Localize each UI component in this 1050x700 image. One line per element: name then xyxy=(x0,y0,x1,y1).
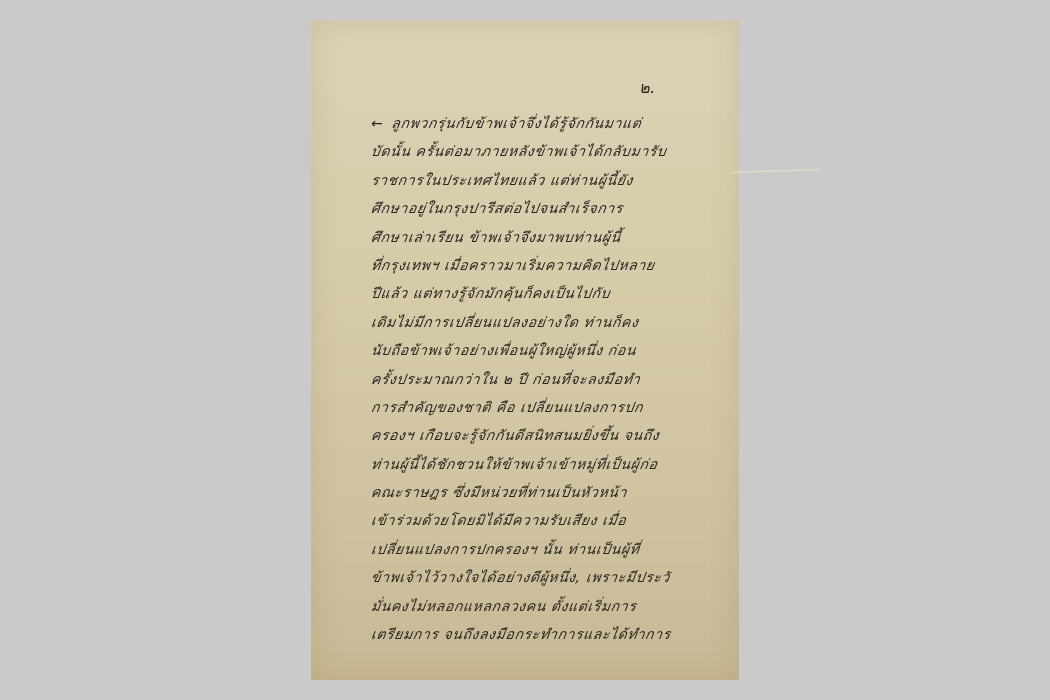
text-line-18: มั่นคงไม่หลอกแหลกลวงคน ตั้งแต่เริ่มการ xyxy=(369,593,673,621)
text-line-6: ที่กรุงเทพฯ เมื่อคราวมาเริ่มความคิดไปหลา… xyxy=(369,252,673,280)
text-line-17: ข้าพเจ้าไว้วางใจได้อย่างดีผู้หนึ่ง, เพรา… xyxy=(369,564,673,592)
text-line-11: การสำคัญของชาติ คือ เปลี่ยนแปลงการปก xyxy=(369,394,673,422)
text-line-10: ครั้งประมาณกว่าใน ๒ ปี ก่อนที่จะลงมือทำ xyxy=(369,366,673,394)
text-line-7: ปีแล้ว แต่ทางรู้จักมักคุ้นก็คงเป็นไปกับ xyxy=(369,280,673,308)
text-line-19: เตรียมการ จนถึงลงมือกระทำการและได้ทำการ xyxy=(369,621,673,649)
text-line-5: ศึกษาเล่าเรียน ข้าพเจ้าจึงมาพบท่านผู้นี้ xyxy=(369,224,673,252)
text-line-content: ลูกพวกรุ่นกับข้าพเจ้าจึ่งได้รู้จักกันมาแ… xyxy=(390,116,642,132)
text-line-1: ←ลูกพวกรุ่นกับข้าพเจ้าจึ่งได้รู้จักกันมา… xyxy=(369,110,673,138)
text-line-4: ศึกษาอยู่ในกรุงปารีสต่อไปจนสำเร็จการ xyxy=(369,195,673,223)
text-line-12: ครองฯ เกือบจะรู้จักกันดีสนิทสนมยิ่งขึ้น … xyxy=(369,422,673,450)
text-line-2: บัดนั้น ครั้นต่อมาภายหลังข้าพเจ้าได้กลับ… xyxy=(369,138,673,166)
left-arrow-icon: ← xyxy=(369,110,385,138)
page-number: ๒. xyxy=(639,76,655,101)
text-line-3: ราชการในประเทศไทยแล้ว แต่ท่านผู้นี้ยัง xyxy=(369,167,673,195)
text-line-9: นับถือข้าพเจ้าอย่างเพื่อนผู้ใหญ่ผู้หนึ่ง… xyxy=(369,337,673,365)
paper-crease xyxy=(731,168,821,173)
text-line-16: เปลี่ยนแปลงการปกครองฯ นั้น ท่านเป็นผู้ที… xyxy=(369,536,673,564)
handwritten-text-block: ←ลูกพวกรุ่นกับข้าพเจ้าจึ่งได้รู้จักกันมา… xyxy=(371,110,671,649)
text-line-14: คณะราษฎร ซึ่งมีหน่วยที่ท่านเป็นหัวหน้า xyxy=(369,479,673,507)
text-line-15: เข้าร่วมด้วยโดยมิได้มีความรับเสียง เมื่อ xyxy=(369,507,673,535)
document-page: ๒. ←ลูกพวกรุ่นกับข้าพเจ้าจึ่งได้รู้จักกั… xyxy=(311,20,739,680)
text-line-13: ท่านผู้นี้ได้ชักชวนให้ข้าพเจ้าเข้าหมู่ที… xyxy=(369,451,673,479)
text-line-8: เดิมไม่มีการเปลี่ยนแปลงอย่างใด ท่านก็คง xyxy=(369,309,673,337)
